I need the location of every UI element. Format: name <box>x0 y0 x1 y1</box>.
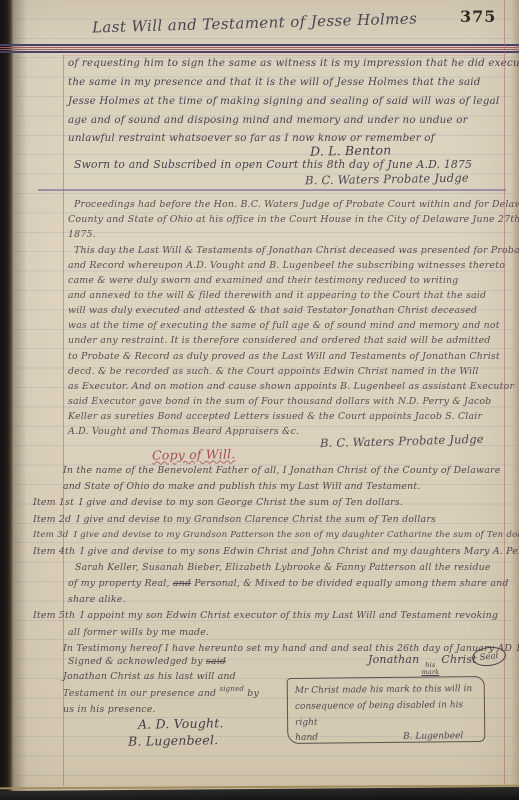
right-margin-rule <box>504 0 505 786</box>
item-text: I give and devise to my Grandson Patters… <box>74 530 519 540</box>
proceedings-line: said Executor gave bond in the sum of Fo… <box>68 396 491 407</box>
will-item: Item 4thI give and devise to my sons Edw… <box>33 546 519 557</box>
header-rule-line <box>0 44 519 46</box>
attestation-line: Testament in our presence and signed by <box>63 688 259 699</box>
testator-first-name: Jonathan <box>368 653 419 666</box>
will-item: Item 2dI give and devise to my Grandson … <box>33 514 436 525</box>
will-line: all former wills by me made. <box>68 627 209 638</box>
proceedings-line: Keller as sureties Bond accepted Letters… <box>68 411 482 422</box>
proceedings-line: and Record whereupon A.D. Vought and B. … <box>68 260 505 271</box>
will-line: of my property Real, and Personal, & Mix… <box>68 578 509 589</box>
line-fragment: of my property Real, <box>68 578 173 589</box>
proceedings-line: came & were duly sworn and examined and … <box>68 275 458 286</box>
mark-note-line: handB. Lugenbeel <box>295 729 477 747</box>
item-text: I give and devise to my son George Chris… <box>79 497 403 508</box>
will-line: In the name of the Benevolent Father of … <box>63 465 500 476</box>
item-label: Item 5th <box>33 610 75 621</box>
binding-shadow <box>13 0 27 800</box>
judge-signature: B. C. Waters Probate Judge <box>320 432 484 450</box>
deposition-line: the same in my presence and that it is t… <box>68 76 481 88</box>
sworn-statement-line: Sworn to and Subscribed in open Court th… <box>74 158 472 171</box>
proceedings-line: and annexed to the will & filed therewit… <box>68 290 486 301</box>
mark-note-signature: B. Lugenbeel <box>403 729 463 745</box>
line-fragment: hand <box>295 731 318 747</box>
witness-signature: A. D. Vought. <box>138 715 224 731</box>
item-text: I give and devise to my sons Edwin Chris… <box>80 546 519 557</box>
inserted-word: signed <box>219 685 244 693</box>
item-text: I appoint my son Edwin Christ executor o… <box>80 610 498 621</box>
testimony-line: In Testimony hereof I have hereunto set … <box>63 643 519 654</box>
will-line: and State of Ohio do make and publish th… <box>63 481 421 492</box>
his-mark-annotation: hismark <box>421 662 439 676</box>
line-fragment: Signed & acknowledged by <box>68 656 206 667</box>
page-number: 375 <box>460 7 496 26</box>
deposition-line: age and of sound and disposing mind and … <box>68 114 468 126</box>
struck-word: and <box>173 578 191 589</box>
deposition-line: of requesting him to sign the same as wi… <box>68 57 519 69</box>
proceedings-line: was at the time of executing the same of… <box>68 320 500 331</box>
proceedings-line: A.D. Vought and Thomas Beard Appraisers … <box>68 426 299 437</box>
signed-acknowledged-line: Signed & acknowledged by said <box>68 656 226 667</box>
will-item: Item 1stI give and devise to my son Geor… <box>33 497 403 508</box>
proceedings-line: 1875. <box>68 229 96 240</box>
line-fragment: Testament in our presence and <box>63 688 216 699</box>
item-label: Item 1st <box>33 497 74 508</box>
will-line: Sarah Keller, Susanah Bieber, Elizabeth … <box>75 562 491 573</box>
mark-note-line: Mr Christ made his mark to this will in <box>295 682 477 700</box>
attestation-line: us in his presence. <box>63 704 156 715</box>
attestation-line: Jonathan Christ as his last will and <box>63 671 236 682</box>
struck-word: said <box>206 656 226 667</box>
page-right-edge <box>511 0 519 800</box>
section-divider-rule <box>38 189 506 191</box>
item-label: Item 2d <box>33 514 71 525</box>
proceedings-line: Proceedings had before the Hon. B.C. Wat… <box>74 199 519 210</box>
witness-signature: B. Lugenbeel. <box>128 732 219 749</box>
book-binding-edge <box>0 0 13 800</box>
will-item: Item 3dI give and devise to my Grandson … <box>33 530 519 540</box>
proceedings-line: as Executor. And on motion and cause sho… <box>68 381 514 392</box>
proceedings-line: will was duly executed and attested & th… <box>68 305 477 316</box>
item-label: Item 3d <box>33 530 69 540</box>
will-heading: Copy of Will. <box>152 446 236 462</box>
mark-note-line: consequence of being disabled in his rig… <box>295 698 477 731</box>
mark-note-box: Mr Christ made his mark to this will in … <box>287 676 486 744</box>
proceedings-line: under any restraint. It is therefore con… <box>68 335 491 346</box>
header-rule-line <box>0 49 519 50</box>
seal-label: Seal <box>479 650 499 662</box>
will-item: Item 5thI appoint my son Edwin Christ ex… <box>33 610 498 621</box>
mark-word: mark <box>421 669 439 676</box>
ledger-page: Last Will and Testament of Jesse Holmes … <box>0 0 519 800</box>
judge-signature: B. C. Waters Probate Judge <box>305 171 469 188</box>
proceedings-line: County and State of Ohio at his office i… <box>68 214 519 225</box>
deposition-line: Jesse Holmes at the time of making signi… <box>68 95 499 107</box>
testator-signature: JonathanhismarkChrist <box>368 653 477 676</box>
page-title: Last Will and Testament of Jesse Holmes <box>92 9 418 36</box>
item-text: I give and devise to my Grandson Clarenc… <box>76 514 436 525</box>
line-fragment: by <box>247 688 259 699</box>
header-rule-line <box>0 51 519 53</box>
proceedings-line: This day the Last Will & Testaments of J… <box>74 245 519 256</box>
item-label: Item 4th <box>33 546 75 557</box>
proceedings-line: decd. & be recorded as such. & the Court… <box>68 366 479 377</box>
text-block-top-rule <box>63 55 504 56</box>
will-line: share alike. <box>68 594 126 605</box>
proceedings-line: to Probate & Record as duly proved as th… <box>68 351 500 362</box>
witness-signature: D. L. Benton <box>310 142 392 158</box>
line-fragment: Personal, & Mixed to be divided equally … <box>191 578 509 589</box>
